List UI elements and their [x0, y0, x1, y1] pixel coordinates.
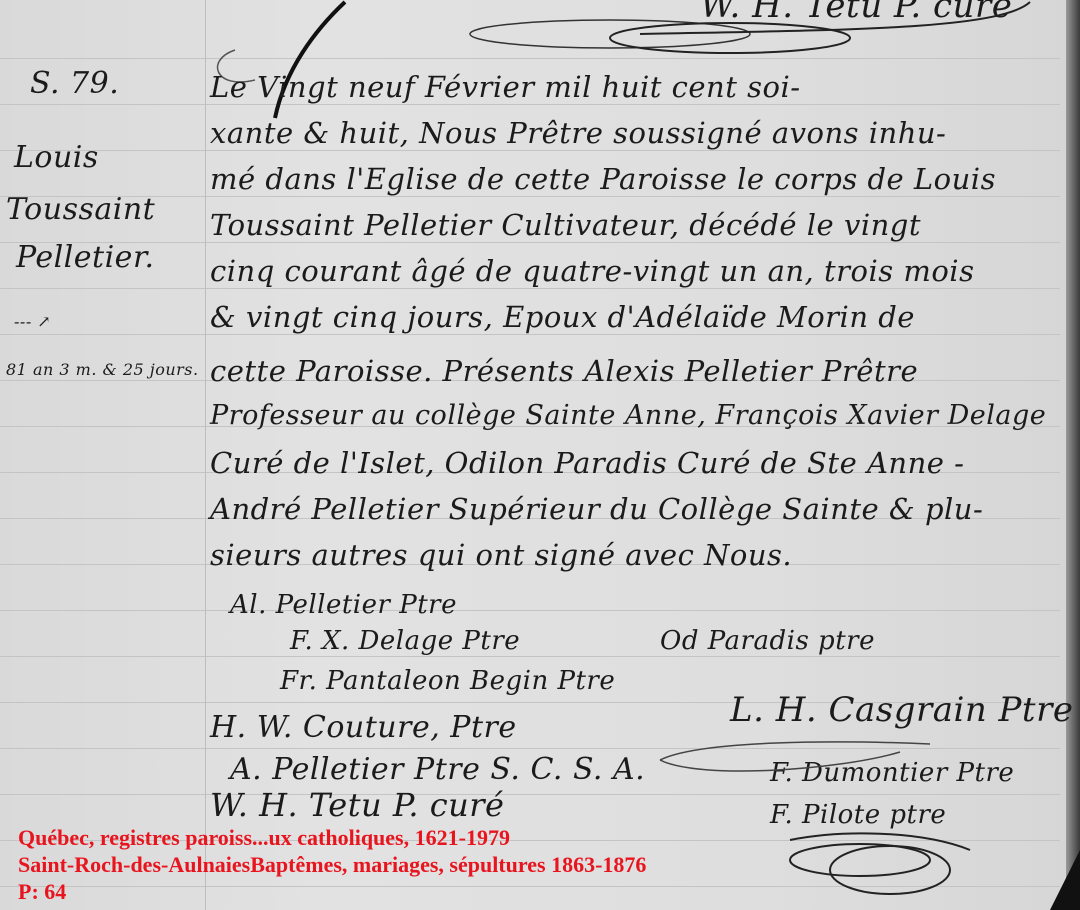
margin-dash: --- ↗ — [14, 312, 51, 331]
body-line: Curé de l'Islet, Odilon Paradis Curé de … — [210, 446, 964, 480]
corner-shadow — [1050, 850, 1080, 910]
body-line: Toussaint Pelletier Cultivateur, décédé … — [210, 208, 921, 242]
body-line: André Pelletier Supérieur du Collège Sai… — [210, 492, 983, 526]
body-line: cette Paroisse. Présents Alexis Pelletie… — [210, 354, 918, 388]
ruled-line — [0, 196, 1060, 197]
top-flourish — [440, 0, 1040, 70]
deceased-middle-name: Toussaint — [6, 192, 155, 227]
body-line: Professeur au collège Sainte Anne, Franç… — [210, 400, 1046, 431]
deceased-surname: Pelletier. — [16, 240, 155, 275]
ruled-line — [0, 104, 1060, 105]
signature: H. W. Couture, Ptre — [210, 710, 517, 745]
body-line: cinq courant âgé de quatre-vingt un an, … — [210, 254, 974, 288]
signature: F. Pilote ptre — [770, 800, 946, 830]
signature: A. Pelletier Ptre S. C. S. A. — [230, 752, 645, 787]
body-line: mé dans l'Eglise de cette Paroisse le co… — [210, 162, 996, 196]
body-line: xante & huit, Nous Prêtre soussigné avon… — [210, 116, 946, 150]
signature: Al. Pelletier Ptre — [230, 590, 457, 620]
pilote-flourish — [780, 830, 1000, 910]
body-line: & vingt cinq jours, Epoux d'Adélaïde Mor… — [210, 300, 915, 334]
signature: W. H. Tetu P. curé — [210, 786, 504, 824]
signature: L. H. Casgrain Ptre — [730, 690, 1073, 730]
ruled-line — [0, 242, 1060, 243]
archive-caption: Québec, registres paroiss...ux catholiqu… — [18, 824, 646, 905]
page-binding-edge — [1066, 0, 1080, 910]
margin-rule — [205, 0, 206, 910]
ruled-line — [0, 288, 1060, 289]
entry-number: S. 79. — [30, 66, 119, 101]
casgrain-flourish — [640, 730, 940, 790]
signature: Od Paradis ptre — [660, 626, 875, 656]
ruled-line — [0, 794, 1060, 795]
caption-page: P: 64 — [18, 878, 646, 905]
deceased-first-name: Louis — [14, 140, 99, 175]
ruled-line — [0, 150, 1060, 151]
signature: F. X. Delage Ptre — [290, 626, 520, 656]
ruled-line — [0, 610, 1060, 611]
caption-register: Saint-Roch-des-AulnaiesBaptêmes, mariage… — [18, 851, 646, 878]
body-line: sieurs autres qui ont signé avec Nous. — [210, 538, 792, 572]
caption-collection: Québec, registres paroiss...ux catholiqu… — [18, 824, 646, 851]
signature: Fr. Pantaleon Begin Ptre — [280, 666, 615, 696]
ruled-line — [0, 334, 1060, 335]
ruled-line — [0, 656, 1060, 657]
register-page: W. H. Tetu P. curé S. 79. Louis Toussain… — [0, 0, 1080, 910]
age-note: 81 an 3 m. & 25 jours. — [6, 360, 199, 379]
body-line: Le Vingt neuf Février mil huit cent soi- — [210, 70, 801, 104]
